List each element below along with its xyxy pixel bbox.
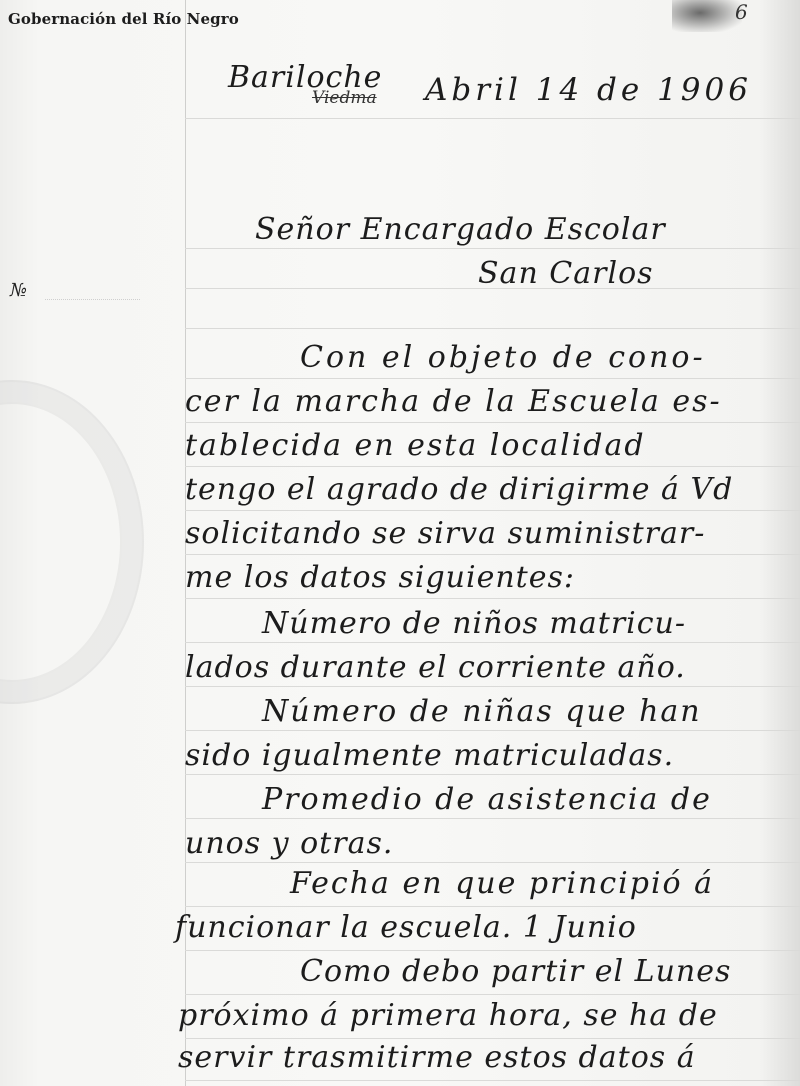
ruled-line (185, 818, 800, 819)
ruled-line (185, 466, 800, 467)
ruled-line (185, 950, 800, 951)
number-field-line (45, 299, 140, 301)
ruled-line (185, 774, 800, 775)
body-line: me los datos siguientes: (185, 560, 575, 595)
ruled-line (185, 248, 800, 249)
watermark-seal (0, 380, 144, 704)
letter-date: Abril 14 de 1906 (425, 72, 752, 108)
ruled-line (185, 554, 800, 555)
ink-stain (672, 0, 742, 32)
body-line: tengo el agrado de dirigirme á Vd (185, 472, 733, 507)
recipient-location: San Carlos (478, 256, 654, 291)
ruled-line (185, 598, 800, 599)
ruled-line (185, 730, 800, 731)
ruled-line (185, 1038, 800, 1039)
ruled-line (185, 906, 800, 907)
ruled-line (185, 686, 800, 687)
body-line: Número de niños matricu- (262, 606, 686, 641)
body-line: funcionar la escuela. 1 Junio (175, 910, 637, 945)
body-line: lados durante el corriente año. (185, 650, 686, 685)
body-line: Con el objeto de cono- (300, 340, 706, 375)
letter-page: Gobernación del Río Negro 6 № Bariloche … (0, 0, 800, 1086)
body-line: Como debo partir el Lunes (300, 954, 731, 989)
ruled-line (185, 862, 800, 863)
page-number: 6 (735, 0, 748, 24)
recipient-title: Señor Encargado Escolar (255, 212, 666, 247)
ruled-line (185, 118, 800, 119)
body-line: cer la marcha de la Escuela es- (185, 384, 722, 419)
body-line: solicitando se sirva suministrar- (185, 516, 705, 551)
ruled-line (185, 328, 800, 329)
ruled-line (185, 378, 800, 379)
body-line: tablecida en esta localidad (185, 428, 646, 463)
place-name-struck: Viedma (312, 88, 377, 108)
number-label: № (10, 280, 27, 301)
ruled-line (185, 642, 800, 643)
body-line: servir trasmitirme estos datos á (178, 1040, 696, 1075)
ruled-line (185, 510, 800, 511)
body-line: sido igualmente matriculadas. (185, 738, 674, 773)
letterhead: Gobernación del Río Negro (8, 10, 239, 28)
body-line: Fecha en que principió á (290, 866, 714, 901)
ruled-line (185, 994, 800, 995)
ruled-line (185, 1080, 800, 1081)
body-line: Número de niñas que han (262, 694, 702, 729)
body-line: unos y otras. (185, 826, 393, 861)
ruled-line (185, 422, 800, 423)
body-line: próximo á primera hora, se ha de (178, 998, 718, 1033)
body-line: Promedio de asistencia de (262, 782, 712, 817)
